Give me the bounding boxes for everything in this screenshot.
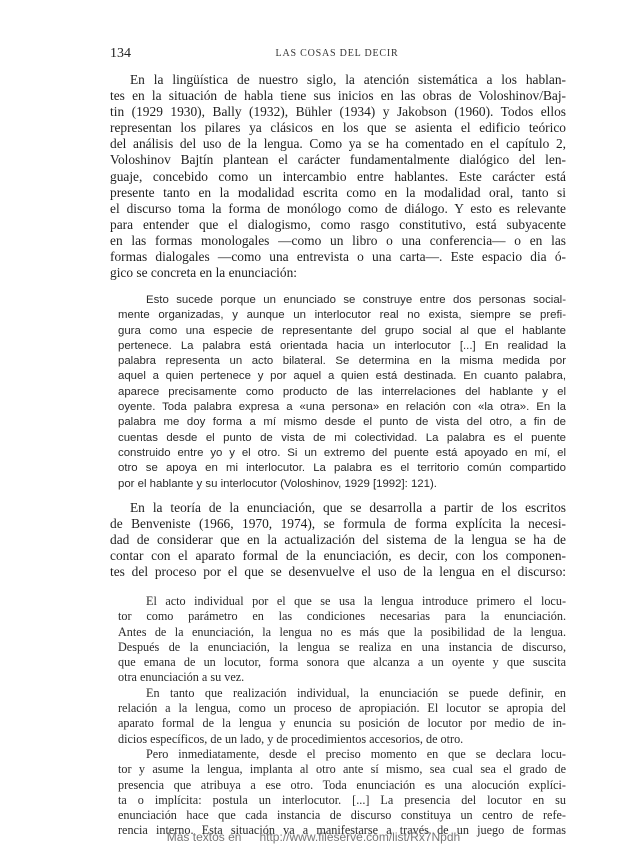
text-line: tor como parámetro en las condiciones ne… <box>118 609 566 624</box>
text-line: el discurso toma la forma de monólogo co… <box>110 201 566 217</box>
text-line: Pero inmediatamente, desde el preciso mo… <box>118 747 566 762</box>
text-line: gura como una especie de representante d… <box>118 324 566 339</box>
text-line: representan los pilares ya clásicos en l… <box>110 120 566 136</box>
text-line: tor y asume la lengua, implanta al otro … <box>118 762 566 777</box>
text-line: aparece precisamente como producto de la… <box>118 385 566 400</box>
block-quote-benveniste: El acto individual por el que se usa la … <box>118 594 566 839</box>
text-line: otro se apoya en mi interlocutor. La pal… <box>118 461 566 476</box>
text-line: presencia que atribuya a ese otro. Toda … <box>118 778 566 793</box>
text-line: del análisis del uso de la lengua. Como … <box>110 136 566 152</box>
text-line: tin (1929 1930), Bally (1932), Bühler (1… <box>110 104 566 120</box>
text-line: contar con el aparato formal de la enunc… <box>110 548 566 564</box>
quote-paragraph: Esto sucede porque un enunciado se const… <box>118 293 566 492</box>
text-line: enunciación hace que cada instancia de d… <box>118 808 566 823</box>
text-line: mente organizadas, y aunque un interlocu… <box>118 308 566 323</box>
book-page: 134 LAS COSAS DEL DECIR En la lingüístic… <box>0 0 627 848</box>
text-line: aquel a quien pertenece y por aquel a qu… <box>118 369 566 384</box>
text-line: tes del proceso por el que se desenvuelv… <box>110 564 566 580</box>
text-line: presente tanto en la modalidad escrita c… <box>110 185 566 201</box>
text-line: dad de considerar que en la actualizació… <box>110 532 566 548</box>
running-head: 134 LAS COSAS DEL DECIR <box>108 46 566 62</box>
paragraph: En la teoría de la enunciación, que se d… <box>110 500 566 580</box>
block-quote-voloshinov: Esto sucede porque un enunciado se const… <box>118 293 566 492</box>
text-line: En la teoría de la enunciación, que se d… <box>110 500 566 516</box>
text-line: guaje, concebido como un intercambio ent… <box>110 169 566 185</box>
text-line: palabra representa un acto bilateral. Se… <box>118 354 566 369</box>
text-line: Esto sucede porque un enunciado se const… <box>118 293 566 308</box>
text-line: pertenece. La palabra está orientada hac… <box>118 339 566 354</box>
text-line: Voloshinov Bajtín plantean el carácter f… <box>110 152 566 168</box>
paragraph-intro: En la lingüística de nuestro siglo, la a… <box>110 72 566 281</box>
text-line: ta o implícita: postula un interlocutor.… <box>118 793 566 808</box>
quote-paragraph: El acto individual por el que se usa la … <box>118 594 566 686</box>
running-title: LAS COSAS DEL DECIR <box>108 48 566 59</box>
text-line: dicios específicos, de un lado, y de pro… <box>118 732 566 747</box>
text-line: para entender que el dialogismo, como ra… <box>110 217 566 233</box>
paragraph-benveniste: En la teoría de la enunciación, que se d… <box>110 500 566 580</box>
paragraph: En la lingüística de nuestro siglo, la a… <box>110 72 566 281</box>
text-line: cuentas desde el punto de vista de mi co… <box>118 431 566 446</box>
text-line: relación a la lengua, como un proceso de… <box>118 701 566 716</box>
text-line: construido entre yo y el otro. Si un ext… <box>118 446 566 461</box>
text-line: gico se concreta en la enunciación: <box>110 265 566 281</box>
text-line: en las formas monologales —como un libro… <box>110 233 566 249</box>
text-line: En la lingüística de nuestro siglo, la a… <box>110 72 566 88</box>
text-line: Antes de la enunciación, la lengua no es… <box>118 625 566 640</box>
quote-paragraph: En tanto que realización individual, la … <box>118 686 566 747</box>
text-line: aparato formal de la lengua y enuncia su… <box>118 716 566 731</box>
text-line: oyente. Toda palabra expresa a «una pers… <box>118 400 566 415</box>
footer-prefix: Más textos en <box>167 830 242 844</box>
text-line: por el hablante y su interlocutor (Volos… <box>118 477 566 492</box>
text-line: Después de la enunciación, la lengua se … <box>118 640 566 655</box>
text-line: palabra me doy forma a mí mismo desde el… <box>118 415 566 430</box>
text-line: de Benveniste (1966, 1970, 1974), se for… <box>110 516 566 532</box>
text-line: otra enunciación a su vez. <box>118 670 566 685</box>
text-line: El acto individual por el que se usa la … <box>118 594 566 609</box>
footer-watermark: Más textos enhttp://www.fileserve.com/li… <box>0 830 627 844</box>
text-line: tes en la situación de habla tiene sus i… <box>110 88 566 104</box>
quote-paragraph: Pero inmediatamente, desde el preciso mo… <box>118 747 566 839</box>
text-line: que emana de un locutor, forma sonora qu… <box>118 655 566 670</box>
text-line: En tanto que realización individual, la … <box>118 686 566 701</box>
text-line: formas dialogales —como una entrevista o… <box>110 249 566 265</box>
footer-link[interactable]: http://www.fileserve.com/list/Rx7Npdh <box>259 830 460 844</box>
